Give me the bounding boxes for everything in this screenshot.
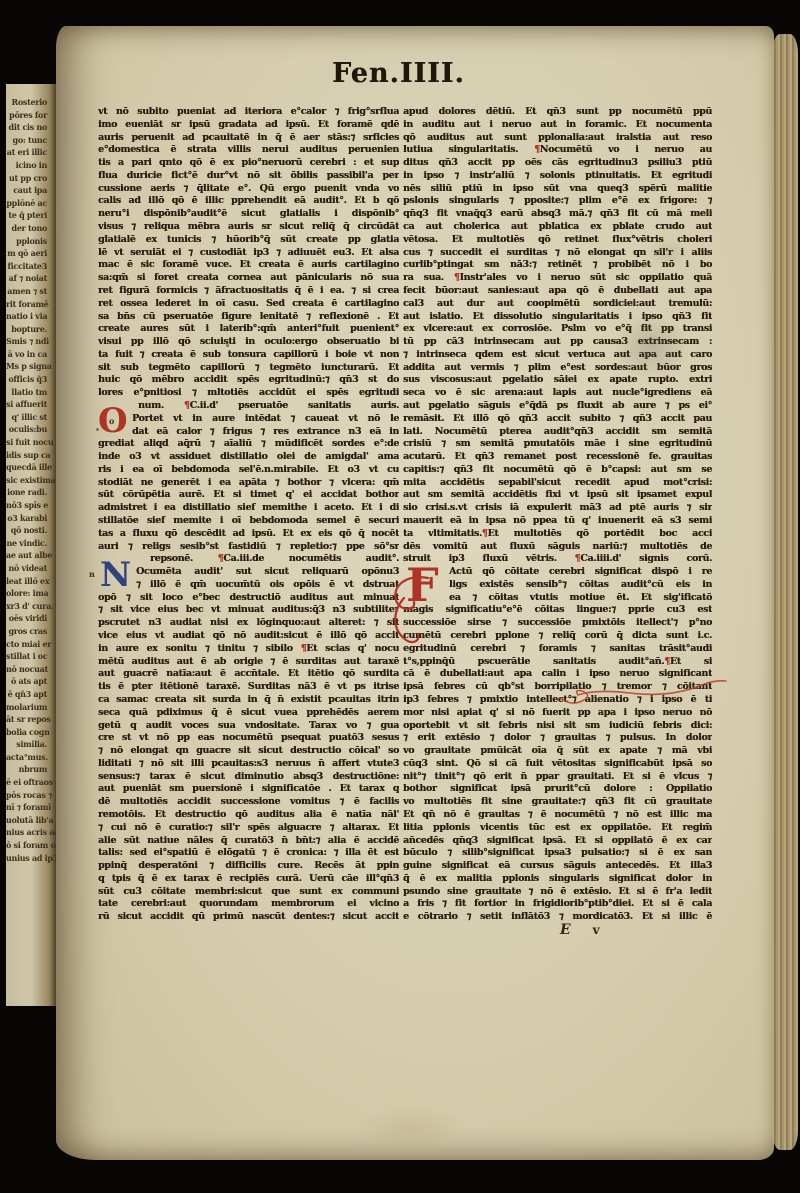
text-line: seca vo ē sic arena:aut lapis aut nucle°… <box>403 387 712 400</box>
text-line: crisiū ⁊ sm semitā pmutatōis māe i sine … <box>403 438 712 451</box>
text-line: ⁊ erit extēsio ⁊ dolor ⁊ grauitas ⁊ puls… <box>403 732 712 745</box>
facing-page-fragment: q' illic st <box>6 411 56 424</box>
initial-f-penwork-flourish <box>382 574 462 654</box>
facing-page-fragment: ē ei oftraos <box>6 776 56 789</box>
text-line: qō auditus aut sunt pplonalia:aut iralst… <box>403 132 712 145</box>
facing-page-fragment: oculis:bu <box>6 423 56 436</box>
text-line: oportebit vt sit febris nisi sit sm iudi… <box>403 720 712 733</box>
text-line: aut sm semitā accidētis fixi vt ipsū sit… <box>403 489 712 502</box>
rubric-paragraph-mark: ¶ <box>664 656 670 667</box>
facing-page-fragment: gros cras <box>6 625 56 638</box>
facing-page-fragment: nō nocuat <box>6 663 56 676</box>
text-line: glatialē ex tunicis ⁊ hūorib°q̄ sūt crea… <box>98 234 399 247</box>
text-line: alie sūt natiue nāles q̄ curatō3 n̄ bn̄t… <box>98 835 399 848</box>
text-line: vice eius vt audiat qō nō audit:sicut ē … <box>98 630 399 643</box>
facing-page-fragment: Ms p signa <box>6 360 56 373</box>
text-line: tis a pari qnto qō ē ex pio°neruorū cere… <box>98 157 399 170</box>
facing-page-fragment: ā vo in ca <box>6 348 56 361</box>
text-line: sa bn̄s cū pseruatōe figure lenitatē ⁊ r… <box>98 311 399 324</box>
text-line: ca aut cholerica aut pblatica ex pblate … <box>403 221 712 234</box>
text-line: tū pp cā3 intrinsecam aut pp causa3 extr… <box>403 336 712 349</box>
text-column-right: apud dolores dētiū. Et qn̄3 sunt pp nocu… <box>403 106 712 924</box>
facing-page-fragment: idis sup ca <box>6 449 56 462</box>
text-line: ris i ea oī bebdomoda sel'ē.n.mirabile. … <box>98 464 399 477</box>
text-line: nēs siliū ptiū in ipso sūt vna queq3 spē… <box>403 183 712 196</box>
text-line: sus viscosus:aut pgelatio sāiei ex apate… <box>403 374 712 387</box>
facing-page-fragment: nī ⁊ foramī <box>6 801 56 814</box>
rubric-paragraph-mark: ¶ <box>454 272 460 283</box>
text-line: pscrutet n3 audiat nisi ex lōginquo:aut … <box>98 617 399 630</box>
text-line: a fris ⁊ fit fortior in frigidiorib°ptib… <box>403 898 712 911</box>
facing-page-fragment: dit cis no <box>6 121 56 134</box>
facing-page-fragment: go: tunc <box>6 134 56 147</box>
text-line: dēs vomitū aut fluxū sāguis nariū:⁊ mult… <box>403 541 712 554</box>
text-line: in auditu aut i neruo aut in foramic. Et… <box>403 119 712 132</box>
text-line: curlib°ptingat sm nā3:⁊ retinēt ⁊ probib… <box>403 259 712 272</box>
facing-page-fragment: ae aut albe <box>6 549 56 562</box>
text-line: ⁊ sit vice eius bec vt minuat auditus:q̄… <box>98 604 399 617</box>
text-line: inde o3 vt assiduet distillatio olei de … <box>98 451 399 464</box>
text-line: ret ossea lederet in oī casu. Sed creata… <box>98 298 399 311</box>
facing-page-fragment: si fuit nocu <box>6 436 56 449</box>
facing-page-fragment: stillat i oc <box>6 650 56 663</box>
text-line: neru°i dispōnib°audit°ē sicut glatialis … <box>98 208 399 221</box>
text-line: auri ⁊ religs sesib°st fastidiū ⁊ replet… <box>98 541 399 554</box>
text-line: cūq3 sint. Qō si cā fuit vētositas signi… <box>403 758 712 771</box>
book-page: Fen.IIII. vt nō subito pueniat ad iterio… <box>56 26 774 1160</box>
text-line: ⁊ nō elongat qn guacre sit sicut destruc… <box>98 745 399 758</box>
facing-page-fragment: natio i via <box>6 310 56 323</box>
facing-page-fragment: āt sr repos <box>6 713 56 726</box>
text-line: capitis:⁊ qn̄3 fit nocumētū qō ē b°capsi… <box>403 464 712 477</box>
text-line: stillatōe sief memite i oī bebdomoda sem… <box>98 515 399 528</box>
text-line: lores e°pnitiosi ⁊ mltotiēs accidūt ei s… <box>98 387 399 400</box>
text-line: remāsit. Et illō qō qn̄3 accit subito ⁊ … <box>403 413 712 426</box>
text-line: Et qn̄ nō ē grauitas ⁊ ē nocumētū ⁊ nō e… <box>403 809 712 822</box>
text-line: addita aut vermis ⁊ plim e°est sordes:au… <box>403 362 712 375</box>
facing-page-fragment: bopture. <box>6 323 56 336</box>
text-line: ex vlcere:aut ex corrosiōe. Pslm vo e°q̄… <box>403 323 712 336</box>
text-line: litia pplonis vicentis tūc est ex oppila… <box>403 822 712 835</box>
text-line: cus ⁊ succedit ei surditas ⁊ nō elongat … <box>403 247 712 260</box>
text-line: vt nō subito pueniat ad iteriora e°calor… <box>98 106 399 119</box>
text-line: qn̄q3 fit vnaq̄q3 earū absq3 mā.⁊ qn̄3 f… <box>403 208 712 221</box>
text-line: sio crisi.s.vt crisis iā expulerit mā3 a… <box>403 502 712 515</box>
facing-page-fragment: molarium <box>6 701 56 714</box>
text-line: Ocumēta audit' sut sicut reliquarū opōnu… <box>98 566 399 579</box>
text-line: flua duricie fict°ē dur°vt nō sit ōbilis… <box>98 170 399 183</box>
text-line: struit ip3 fluxū vētris. ¶Ca.iiii.d' sig… <box>403 553 712 566</box>
text-line: grediat aliqd aq̄rū ⁊ aīaliū ⁊ mūdificēt… <box>98 438 399 451</box>
text-line: sūt cu3 cōitate membri:sicut que sunt ex… <box>98 886 399 899</box>
text-line: repsonē. ¶Ca.iii.de nocumētis audit°. <box>98 553 399 566</box>
text-line: mita accidētis sepabil'sicut recedit apu… <box>403 477 712 490</box>
text-line: aut pueniāt sm puersionē i significatōe … <box>98 783 399 796</box>
guide-letter-n: n <box>89 569 95 579</box>
facing-page-fragment: ut pp cro <box>6 172 56 185</box>
text-line: ⁊ illō ē qm̄ uocum̄tū ois opōis ē vt dst… <box>98 579 399 592</box>
text-line: sūt cōrūpētia aurē. Et si timet q' ei ac… <box>98 489 399 502</box>
rubric-paragraph-mark: ¶ <box>301 643 307 654</box>
text-line: auris peruenit ad pcauitatē in q̄ ē aer … <box>98 132 399 145</box>
facing-page-fragment: similia. <box>6 738 56 751</box>
paper-speck <box>96 428 99 431</box>
text-line: tis ē pter itētionē taraxē. Surditas nā3… <box>98 681 399 694</box>
facing-page-fragment: llatio tm <box>6 386 56 399</box>
facing-page-fragment: at eri illic <box>6 146 56 159</box>
text-line: tate cerebri:aut quorundam membrorum ei … <box>98 898 399 911</box>
facing-page-fragment: o3 karabi <box>6 512 56 525</box>
text-line: talis: sed ei°spatiū ē elōgatū ⁊ ē croni… <box>98 847 399 860</box>
text-line: in aure ex sonitu ⁊ tinitu ⁊ sibilo ¶Et … <box>98 643 399 656</box>
facing-page-fragment: oēs viridi <box>6 612 56 625</box>
text-line: apud dolores dētiū. Et qn̄3 sunt pp nocu… <box>403 106 712 119</box>
text-line: ret figurā formicis ⁊ āfractuositatis q̄… <box>98 285 399 298</box>
facing-page-fragment: sic existima <box>6 474 56 487</box>
text-line: ⁊ cui nō ē curatio:⁊ sil'r spēs alguacre… <box>98 822 399 835</box>
text-line: ppinq̄ desperatōni ⁊ difficilis cure. Re… <box>98 860 399 873</box>
facing-page-fragment: pplonis <box>6 235 56 248</box>
text-line: lati. Nocumētū pterea audit°qn̄3 accidit… <box>403 426 712 439</box>
text-line: ⁊ intrinseca qdem est sicut vertuca aut … <box>403 349 712 362</box>
text-line: num. ¶C.ii.d' pseruatōe sanitatis auris. <box>98 400 399 413</box>
facing-page-fragment: m qō aeri <box>6 247 56 260</box>
facing-page-fragment: olore: ima <box>6 587 56 600</box>
text-line: nit°⁊ tinit°⁊ qō erit n̄ ppar grauitati.… <box>403 771 712 784</box>
text-line: vētosa. Et multotiēs qō retinet flux°vēt… <box>403 234 712 247</box>
facing-page-fragment: rit foramē <box>6 298 56 311</box>
text-line: dē multotiēs accidit successione vomitus… <box>98 796 399 809</box>
paper-stain <box>356 1106 466 1150</box>
book-fore-edge <box>772 34 798 1150</box>
text-line: ra sua. ¶Instr'ales vo i neruo sūt sic o… <box>403 272 712 285</box>
rubric-paragraph-mark: ¶ <box>218 553 224 564</box>
text-line: liditati ⁊ nō sit illi pcauitas:s3 neruu… <box>98 758 399 771</box>
facing-page-fragment: si affuerit <box>6 398 56 411</box>
text-line: vo grauitate pmūicāt oīa q̄ sūt ex apate… <box>403 745 712 758</box>
facing-page-fragment: pōres for <box>6 109 56 122</box>
facing-page-fragment: xr3 d' cura. <box>6 600 56 613</box>
text-line: imo eueniāt sr ipsū gradata ad ipsū. Et … <box>98 119 399 132</box>
facing-page-fragment: af ⁊ noiat <box>6 272 56 285</box>
text-line: dat eā calor ⁊ frigus ⁊ res extrance n3 … <box>98 426 399 439</box>
facing-page-fragment: bolia cogn <box>6 726 56 739</box>
rubric-paragraph-mark: ¶ <box>482 528 488 539</box>
facing-page-fragment: nbrum <box>6 763 56 776</box>
text-line: admistret i ea distillatio sief memithe … <box>98 502 399 515</box>
facing-page-fragment: ō ats apt <box>6 675 56 688</box>
quire-signature: Ev <box>560 919 600 938</box>
facing-page-fragment: pōs rocas ⁊ <box>6 789 56 802</box>
illuminated-initial-n: N <box>100 558 131 592</box>
facing-page-fragment: der tono <box>6 222 56 235</box>
text-line: vo multotiēs fit sine grauitate:⁊ qn̄3 f… <box>403 796 712 809</box>
text-line: aut guacrē natīa:aut ē accn̄tale. Et itē… <box>98 668 399 681</box>
text-line: q tpis q̄ ē ex tarax ē recipiēs curā. Ue… <box>98 873 399 886</box>
text-line: mac ē sic foramē vuce. Et creata ē auris… <box>98 259 399 272</box>
text-line: seca quā pdiximus q̄ ē sicut vuea pprehē… <box>98 707 399 720</box>
guide-letter-o: o <box>109 416 114 426</box>
text-line: e°domestica ē strata villis nerui auditu… <box>98 144 399 157</box>
text-line: mētū auditus aut ē ab origie ⁊ ē surdita… <box>98 656 399 669</box>
book-photo: Rosteriopōres fordit cis nogo: tuncat er… <box>0 0 800 1193</box>
facing-page-fragment: icino in <box>6 159 56 172</box>
facing-page-fragment: caut ipa <box>6 184 56 197</box>
text-line: ca samac creata sit surda in q̄ n̄ exist… <box>98 694 399 707</box>
text-line: cre st vt nō pp eas nocumētū psequat pua… <box>98 732 399 745</box>
paper-speck <box>226 344 229 347</box>
facing-page-fragment: cto miai er <box>6 638 56 651</box>
facing-page-fragment: ē qn̄3 apt <box>6 688 56 701</box>
text-line: calis ad illō qō ē illic pprehendit eā a… <box>98 195 399 208</box>
text-line: sensus:⁊ tarax ē sicut diminutio absq3 d… <box>98 771 399 784</box>
facing-page-fragment: Rosterio <box>6 96 56 109</box>
facing-page-fragment: leat illō ex <box>6 575 56 588</box>
text-line: ta vltimitatis.¶Et multotiēs qō portēdit… <box>403 528 712 541</box>
facing-page-fragment: pplōnē ac <box>6 197 56 210</box>
text-line: create aures sūt i laterib°:qm̄ anteri°f… <box>98 323 399 336</box>
text-line: rū sicut accidit qū primū nascūt dentes:… <box>98 911 399 924</box>
text-column-left: vt nō subito pueniat ad iteriora e°calor… <box>98 106 399 924</box>
text-line: lē vt seruiāt ei ⁊ custodiāt ip3 ⁊ adiuu… <box>98 247 399 260</box>
text-line: t°s,ppinq̄ū pscuerātie sanitatis audit°a… <box>403 656 712 669</box>
text-line: Portet vt in aure intēdat ⁊ caueat vt nō… <box>98 413 399 426</box>
text-line: in ipso ⁊ instr'aliū ⁊ solonis ptinuitat… <box>403 170 712 183</box>
text-line: lutiua singularitatis. ¶Nocumētū vo i ne… <box>403 144 712 157</box>
facing-page-fragment: ficcitate3 <box>6 260 56 273</box>
signature-letter: E <box>560 922 571 938</box>
facing-page-fragment: unius ad ip3 <box>6 852 56 865</box>
text-line: stodiāt ne generēt i ea apāta ⁊ bothor ⁊… <box>98 477 399 490</box>
text-line: sa:qm̄ si foret creata cornea aut pānicu… <box>98 272 399 285</box>
text-line: acutarū. Et qn̄3 remanet post recessionē… <box>403 451 712 464</box>
text-line: tas a fluxu qō descēdit ad ipsū. Et ex e… <box>98 528 399 541</box>
text-line: aut islatio. Et dissolutio singularitati… <box>403 311 712 324</box>
text-line: getū q audit voces sua vndositate. Tarax… <box>98 720 399 733</box>
facing-page-fragment: te q̄ pteri <box>6 209 56 222</box>
text-line: visui pp illō qō sciuisti in oculo:ergo … <box>98 336 399 349</box>
facing-page-fragment: ō si foram oī <box>6 839 56 852</box>
facing-page-fragment: nō videat <box>6 562 56 575</box>
facing-page-fragment: Smis ⁊ ndi <box>6 335 56 348</box>
text-line: cal3 aut dur aut coopimētū sordiciei:aut… <box>403 298 712 311</box>
facing-page-sliver: Rosteriopōres fordit cis nogo: tuncat er… <box>6 84 56 1006</box>
text-line: sit sub tegmēto capillorū ⁊ tegmēto iunc… <box>98 362 399 375</box>
facing-page-fragment: nius acris ad <box>6 826 56 839</box>
rubric-paragraph-mark: ¶ <box>575 553 581 564</box>
text-line: visus ⁊ reliqua mēbra auris sr sicut rel… <box>98 221 399 234</box>
red-ink-flourish-annotation <box>556 676 731 708</box>
text-line: e cōtrario ⁊ setit inflātō3 ⁊ mordicatō3… <box>403 911 712 924</box>
facing-page-fragment: officis q̄3 <box>6 373 56 386</box>
facing-page-fragment: acta°mus. <box>6 751 56 764</box>
text-line: būculo ⁊ silib°significat ipsa3 pulsatio… <box>403 847 712 860</box>
running-title: Fen.IIII. <box>332 58 465 89</box>
facing-page-fragment: nō3 spīs e <box>6 499 56 512</box>
text-line: huic qō mēbro accidit spēs egritudinū:⁊ … <box>98 374 399 387</box>
rubric-paragraph-mark: ¶ <box>534 144 540 155</box>
rubric-paragraph-mark: ¶ <box>184 400 190 411</box>
text-line: cussione aeris ⁊ q̄litate e°. Qū ergo pu… <box>98 183 399 196</box>
facing-page-fragment: ione radi. <box>6 486 56 499</box>
signature-numeral: v <box>593 923 600 937</box>
text-line: mauerit eā in ipsa nō ppea tū q' inuener… <box>403 515 712 528</box>
facing-page-fragment: amen ⁊ st <box>6 285 56 298</box>
facing-page-fragment: quecdā ille <box>6 461 56 474</box>
facing-page-fragment: ne vindic. <box>6 537 56 550</box>
text-line: an̄cedēs qn̄q3 significat ipsā. Et si op… <box>403 835 712 848</box>
text-line: opō ⁊ sit loco e°bec destructiō auditus … <box>98 592 399 605</box>
text-line: ta fuit ⁊ creata ē sub tonsura capillorū… <box>98 349 399 362</box>
facing-page-fragment: qō nosti. <box>6 524 56 537</box>
text-line: fecit būor:aut sanies:aut apa qō ē dubel… <box>403 285 712 298</box>
text-line: ditus qn̄3 accit pp oēs cās egritudinu3 … <box>403 157 712 170</box>
text-line: aut pgelatio sāguis e°q̄dā ps fluxit ab … <box>403 400 712 413</box>
text-line: bothor significat ipsā prurit°cū dolore … <box>403 783 712 796</box>
text-line: q̄ ē ex malitia pplonis singularis signi… <box>403 873 712 886</box>
text-line: guine significat eā cursus sāguis antece… <box>403 860 712 873</box>
text-line: remotōis. Et destructio qō auditus alia … <box>98 809 399 822</box>
facing-page-fragment: uolutā lib'a <box>6 814 56 827</box>
text-line: psundo sine grauitate ⁊ nō ē extēsio. Et… <box>403 886 712 899</box>
text-line: mor nisi apiat q' si nō fuerit pp apa i … <box>403 707 712 720</box>
text-line: pslonis singularis ⁊ pposite:⁊ plim e°ē … <box>403 195 712 208</box>
